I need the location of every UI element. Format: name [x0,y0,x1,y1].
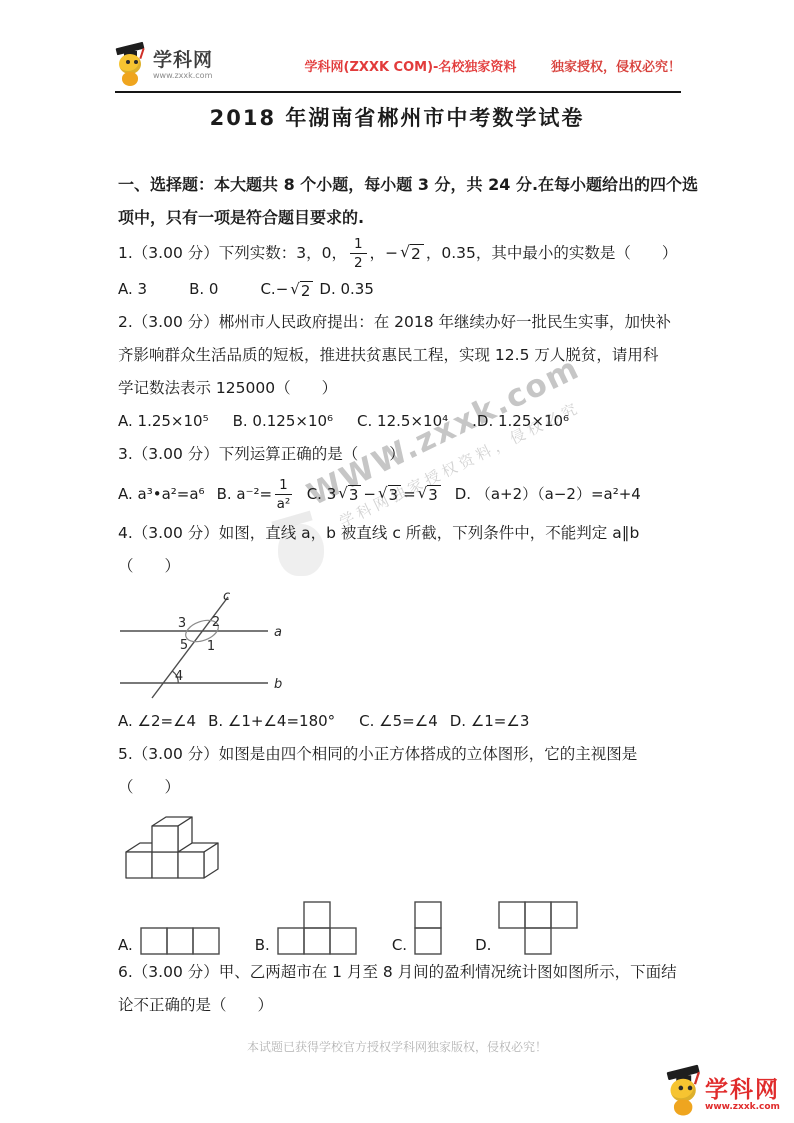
sqrt-3: √ 3 [418,485,441,504]
fraction-numerator: 1 [350,237,367,254]
angle-5-label: 5 [180,638,188,653]
option-c-label: C. [392,936,407,954]
question-4-options: A. ∠2=∠4 B. ∠1+∠4=180° C. ∠5=∠4 D. ∠1=∠3 [118,705,680,738]
page-header: 学科网 www.zxxk.com 学科网(ZXXK COM)-名校独家资料 独家… [115,40,681,90]
mascot-body [674,1099,692,1115]
option-b-expression: B. a⁻²= [217,471,273,517]
question-5-options: A. B. C. D. [118,898,680,956]
fraction-one-half: 1 2 [350,237,367,270]
angle-3-label: 3 [178,616,186,631]
option-c-shape [413,900,443,956]
section-heading-line: 项中，只有一项是符合题目要求的. [118,201,680,234]
question-3-options: A. a³•a²=a⁶ B. a⁻²= 1 a² C. 3 √ 3 − √ 3 [118,471,680,517]
radical-sign: √ [418,485,428,504]
q6-line: 6.（3.00 分）甲、乙两超市在 1 月至 8 月间的盈利情况统计图如图所示，… [118,956,680,989]
fraction-one-over-a-squared: 1 a² [275,478,292,511]
option-c: C. − √ 2 [260,273,315,306]
option-b-label: B. [255,936,270,954]
logo-text-block: 学科网 www.zxxk.com [153,50,213,80]
radical-sign: √ [338,485,348,504]
sqrt-2: √ 2 [290,281,313,300]
fraction-numerator: 1 [275,478,292,495]
section-heading-line: 一、选择题：本大题共 8 个小题，每小题 3 分，共 24 分.在每小题给出的四… [118,168,680,201]
option-c-part: = [403,471,416,517]
angle-4-label: 4 [175,669,183,684]
section-1-heading: 一、选择题：本大题共 8 个小题，每小题 3 分，共 24 分.在每小题给出的四… [118,168,680,234]
option-c-label: C. [260,273,275,306]
option-b: B. 0.125×10⁶ [233,405,333,438]
parallel-lines-figure: c a b 3 2 5 1 4 [118,587,298,699]
option-a: A. 1.25×10⁵ [118,405,209,438]
option-d: D. （a+2）（a−2）=a²+4 [455,471,641,517]
option-b: B. 0 [189,273,218,306]
option-c-part: C. 3 [307,471,337,517]
radicand: 3 [388,485,402,504]
option-b-shape [276,900,360,956]
header-right-notice: 独家授权，侵权必究！ [551,56,681,75]
option-d: D. 0.35 [319,273,374,306]
q1-minus-sign: − [385,237,398,270]
fraction-denominator: 2 [354,254,363,270]
radicand: 3 [348,485,362,504]
radical-sign: √ [290,281,300,300]
mascot-eye [126,60,130,64]
zxxk-mascot-icon [666,1064,705,1119]
mascot-tassel [139,48,144,59]
option-a: A. 3 [118,273,147,306]
option-c: C. 3 √ 3 − √ 3 = √ 3 [307,471,443,517]
question-5-stem: 5.（3.00 分）如图是由四个相同的小正方体搭成的立体图形，它的主视图是（ ） [118,738,680,804]
header-center-notice: 学科网(ZXXK COM)-名校独家资料 [270,56,551,75]
radicand: 3 [427,485,441,504]
mascot-tassel [694,1072,700,1085]
bottom-logo-name: 学科网 [705,1078,780,1102]
line-c-label: c [223,589,230,604]
logo-name: 学科网 [153,50,213,71]
question-3-stem: 3.（3.00 分）下列运算正确的是（ ） [118,438,680,471]
question-1-stem: 1.（3.00 分）下列实数：3，0， 1 2 ， − √ 2 ，0.35，其中… [118,234,680,273]
sqrt-2: √ 2 [400,244,424,263]
bottom-logo-url: www.zxxk.com [705,1102,780,1112]
page-title: 2018 年湖南省郴州市中考数学试卷 [0,102,794,132]
option-d: D. ∠1=∠3 [450,705,530,738]
exam-body: 一、选择题：本大题共 8 个小题，每小题 3 分，共 24 分.在每小题给出的四… [118,168,680,1022]
q1-text-post: ，0.35，其中最小的实数是（ ） [426,237,678,270]
q2-line: 齐影响群众生活品质的短板，推进扶贫惠民工程，实现 12.5 万人脱贫，请用科 [118,339,680,372]
q1-text-mid: ， [370,237,386,270]
header-divider [115,91,681,93]
radicand: 2 [410,244,424,263]
logo-url: www.zxxk.com [153,71,213,80]
fraction-denominator: a² [277,495,291,511]
line-b-label: b [274,677,282,692]
mascot-eye [688,1086,693,1091]
sqrt-3: √ 3 [338,485,361,504]
angle-2-label: 2 [212,615,220,630]
footer-copyright-notice: 本试题已获得学校官方授权学科网独家版权，侵权必究！ [0,1038,794,1055]
radical-sign: √ [378,485,388,504]
question-2-stem: 2.（3.00 分）郴州市人民政府提出：在 2018 年继续办好一批民生实事，加… [118,306,680,405]
line-a-label: a [274,625,282,640]
bottom-right-zxxk-logo: 学科网 www.zxxk.com [671,1071,780,1119]
angle-1-label: 1 [207,639,215,654]
zxxk-logo: 学科网 www.zxxk.com [115,41,270,89]
q2-line: 学记数法表示 125000（ ） [118,372,680,405]
question-2-options: A. 1.25×10⁵ B. 0.125×10⁶ C. 12.5×10⁴ .D.… [118,405,680,438]
radicand: 2 [300,281,314,300]
q2-line: 2.（3.00 分）郴州市人民政府提出：在 2018 年继续办好一批民生实事，加… [118,306,680,339]
option-a: A. a³•a²=a⁶ [118,471,205,517]
option-a-label: A. [118,936,133,954]
option-c: C. ∠5=∠4 [359,705,438,738]
q1-text-pre: 1.（3.00 分）下列实数：3，0， [118,237,347,270]
exam-document-page: WWW.zxxk.com 学科网独家授权资料，侵权必究 学科网 www.zxxk… [0,0,794,1123]
question-6-stem: 6.（3.00 分）甲、乙两超市在 1 月至 8 月间的盈利情况统计图如图所示，… [118,956,680,1022]
mascot-eye [679,1086,684,1091]
option-c-minus: − [276,273,289,306]
mascot-eye [134,60,138,64]
mascot-head [119,54,141,74]
option-a: A. ∠2=∠4 [118,705,196,738]
mascot-head [671,1079,696,1102]
q6-line: 论不正确的是（ ） [118,989,680,1022]
question-4-stem: 4.（3.00 分）如图，直线 a，b 被直线 c 所截，下列条件中，不能判定 … [118,517,680,583]
mascot-body [122,72,138,86]
option-d: .D. 1.25×10⁶ [472,405,569,438]
option-b: B. ∠1+∠4=180° [208,705,335,738]
option-a-shape [139,926,223,956]
bottom-logo-text-block: 学科网 www.zxxk.com [705,1078,780,1112]
option-d-shape [497,900,581,956]
sqrt-3: √ 3 [378,485,401,504]
zxxk-mascot-icon [115,41,149,89]
option-c-part: − [363,471,376,517]
radical-sign: √ [400,244,410,263]
cubes-solid-figure [120,810,224,884]
option-c: C. 12.5×10⁴ [357,405,448,438]
option-d-label: D. [475,936,491,954]
option-b: B. a⁻²= 1 a² [217,471,295,517]
question-1-options: A. 3 B. 0 C. − √ 2 D. 0.35 [118,273,680,306]
